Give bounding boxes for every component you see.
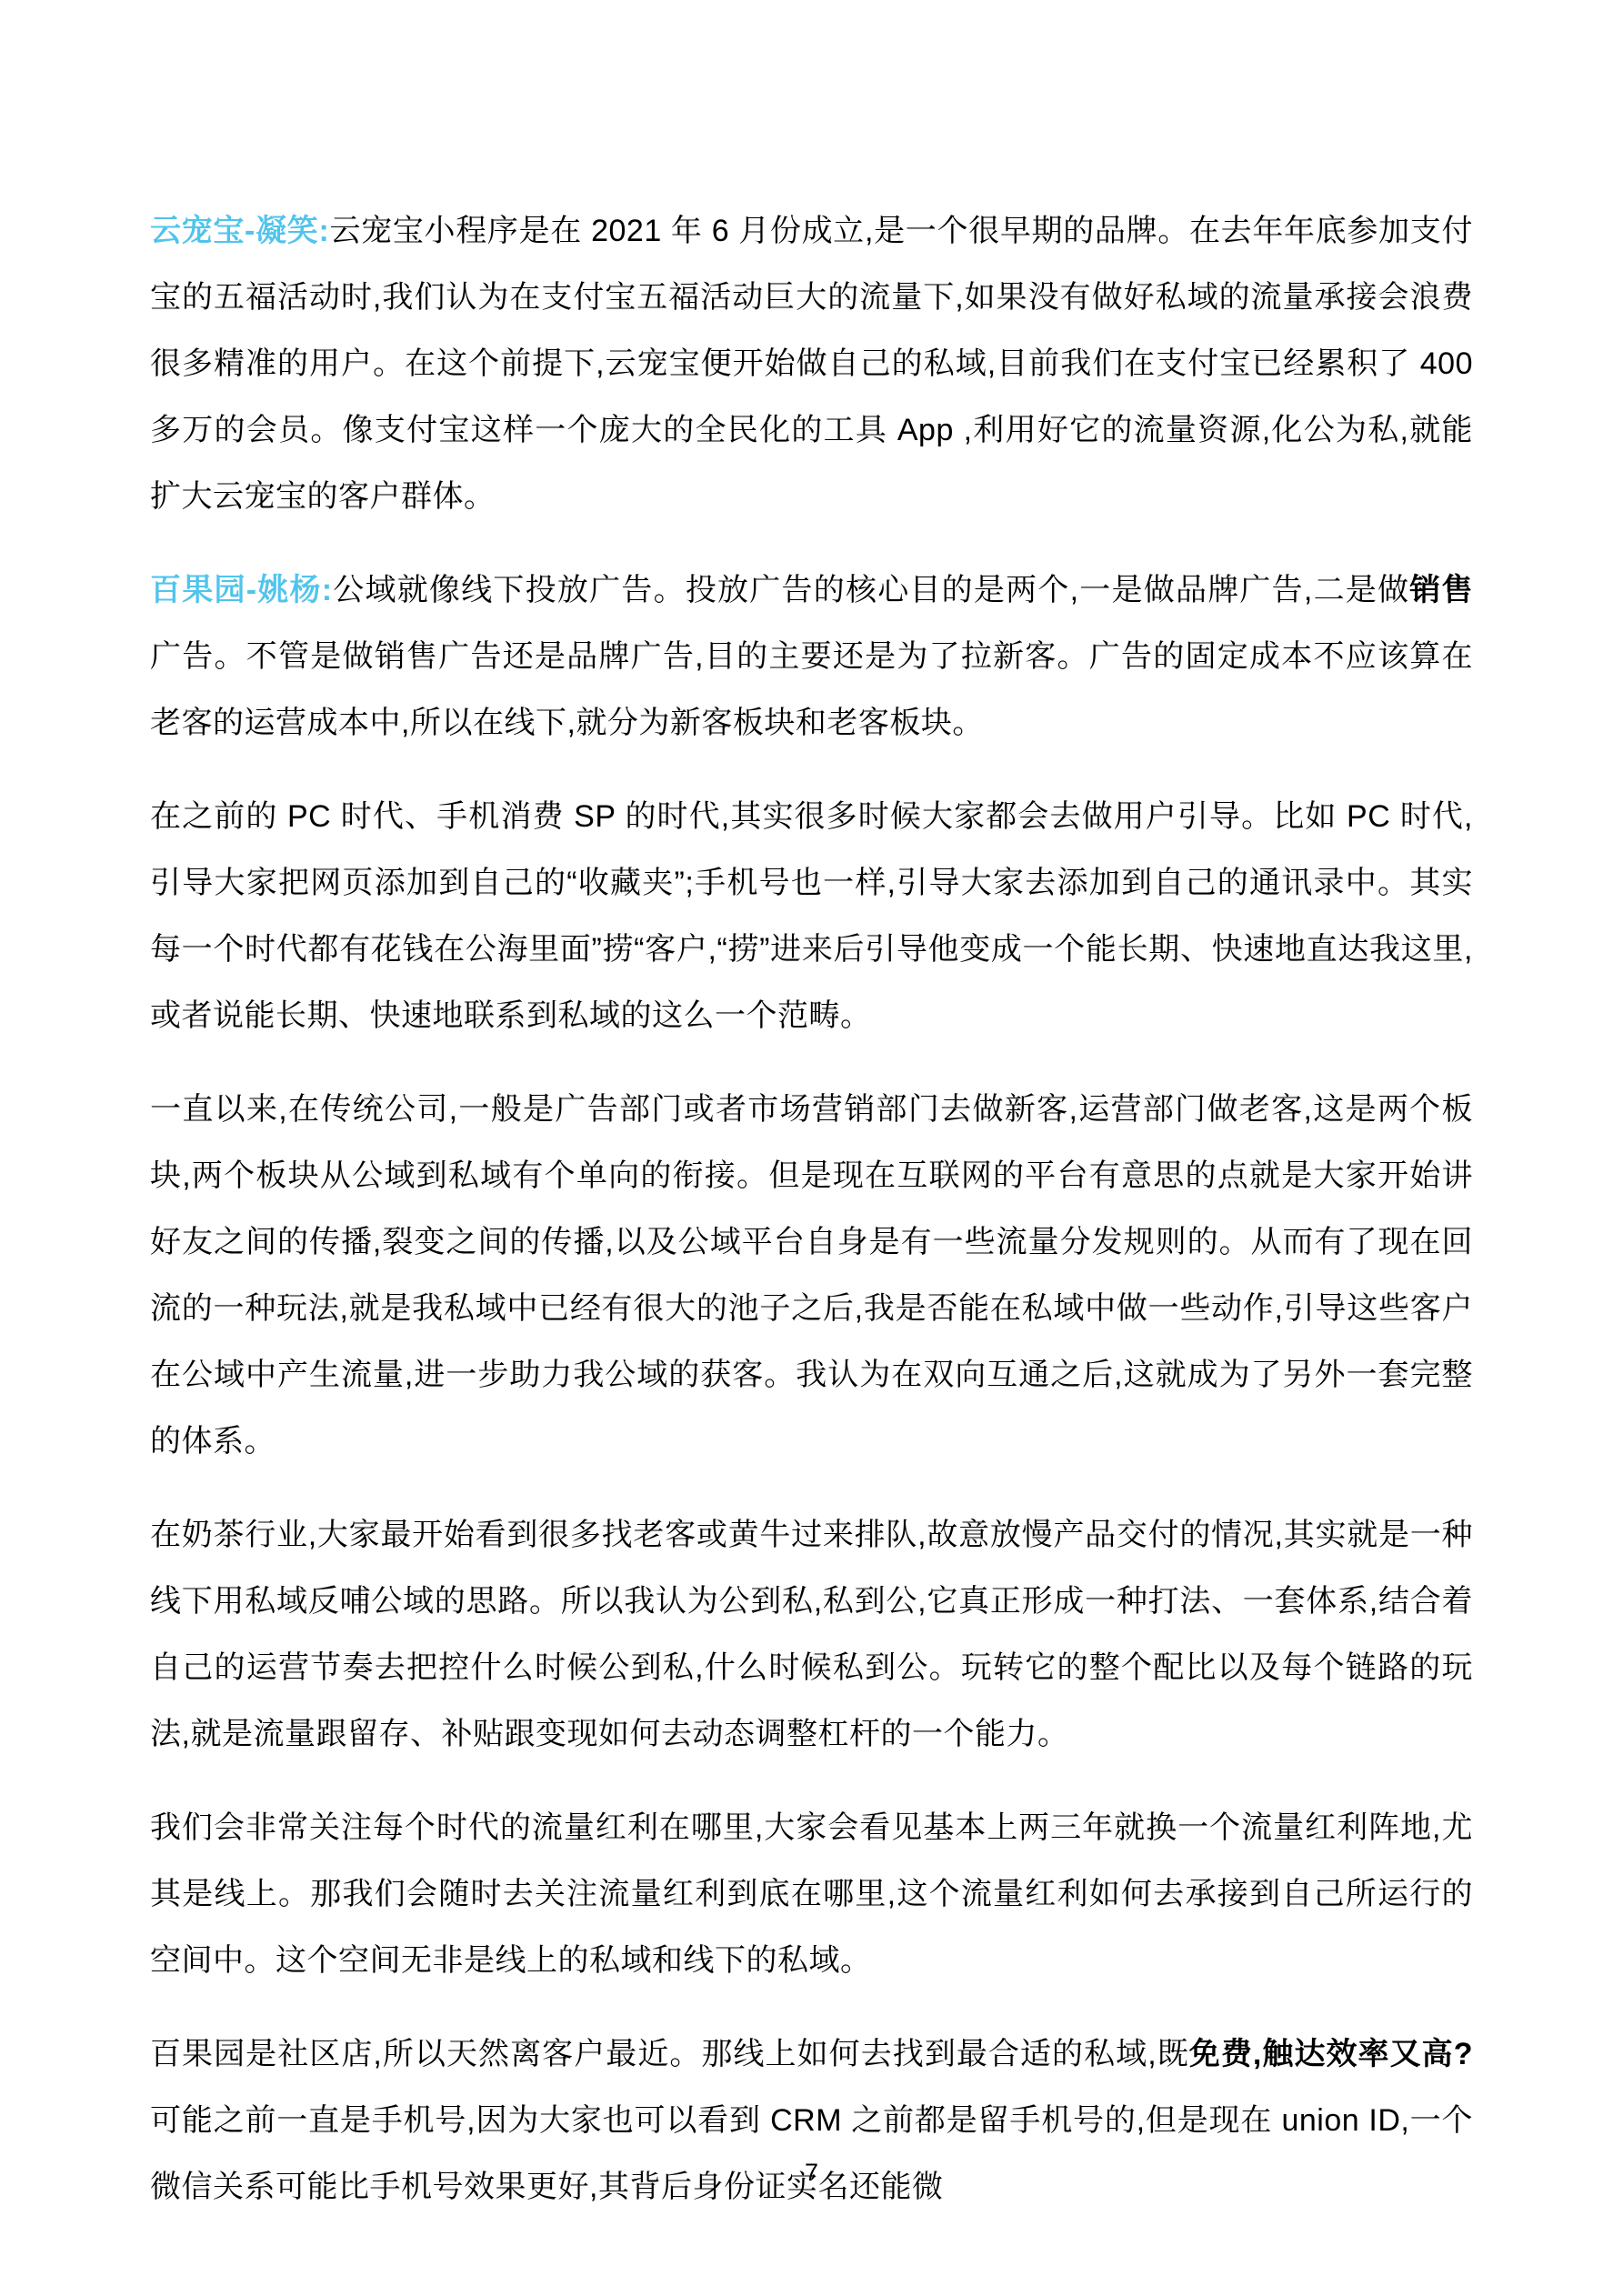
document-content: 云宠宝-凝笑:云宠宝小程序是在 2021 年 6 月份成立,是一个很早期的品牌。… bbox=[150, 198, 1473, 2248]
body-text: 一直以来,在传统公司,一般是广告部门或者市场营销部门去做新客,运营部门做老客,这… bbox=[150, 1092, 1473, 1459]
body-text: 在奶茶行业,大家最开始看到很多找老客或黄牛过来排队,故意放慢产品交付的情况,其实… bbox=[150, 1518, 1473, 1751]
emphasis-text: 免费,触达效率又高? bbox=[1189, 2037, 1473, 2071]
body-text: 在之前的 PC 时代、手机消费 SP 的时代,其实很多时候大家都会去做用户引导。… bbox=[150, 799, 1473, 1033]
paragraph: 我们会非常关注每个时代的流量红利在哪里,大家会看见基本上两三年就换一个流量红利阵… bbox=[150, 1795, 1473, 1994]
emphasis-text: 销售 bbox=[1409, 573, 1473, 607]
body-text: 广告。不管是做销售广告还是品牌广告,目的主要还是为了拉新客。广告的固定成本不应该… bbox=[150, 639, 1473, 740]
speaker-label: 百果园-姚杨: bbox=[150, 573, 333, 607]
body-text: 我们会非常关注每个时代的流量红利在哪里,大家会看见基本上两三年就换一个流量红利阵… bbox=[150, 1810, 1473, 1978]
paragraph: 在奶茶行业,大家最开始看到很多找老客或黄牛过来排队,故意放慢产品交付的情况,其实… bbox=[150, 1502, 1473, 1768]
speaker-label: 云宠宝-凝笑: bbox=[150, 214, 329, 248]
document-page: 云宠宝-凝笑:云宠宝小程序是在 2021 年 6 月份成立,是一个很早期的品牌。… bbox=[0, 0, 1623, 2296]
paragraph: 在之前的 PC 时代、手机消费 SP 的时代,其实很多时候大家都会去做用户引导。… bbox=[150, 784, 1473, 1049]
paragraph: 云宠宝-凝笑:云宠宝小程序是在 2021 年 6 月份成立,是一个很早期的品牌。… bbox=[150, 198, 1473, 530]
page-footer: 7 bbox=[0, 2157, 1623, 2188]
paragraph: 一直以来,在传统公司,一般是广告部门或者市场营销部门去做新客,运营部门做老客,这… bbox=[150, 1077, 1473, 1475]
body-text: 百果园是社区店,所以天然离客户最近。那线上如何去找到最合适的私域,既 bbox=[150, 2037, 1189, 2071]
body-text: 公域就像线下投放广告。投放广告的核心目的是两个,一是做品牌广告,二是做 bbox=[333, 573, 1410, 607]
body-text: 可能之前一直是手机号,因为大家也可以看到 CRM 之前都是留手机号的,但是现在 … bbox=[150, 2103, 1473, 2204]
paragraph: 百果园-姚杨:公域就像线下投放广告。投放广告的核心目的是两个,一是做品牌广告,二… bbox=[150, 557, 1473, 757]
paragraph: 百果园是社区店,所以天然离客户最近。那线上如何去找到最合适的私域,既免费,触达效… bbox=[150, 2021, 1473, 2221]
page-number: 7 bbox=[805, 2159, 818, 2186]
body-text: 云宠宝小程序是在 2021 年 6 月份成立,是一个很早期的品牌。在去年年底参加… bbox=[150, 214, 1473, 514]
